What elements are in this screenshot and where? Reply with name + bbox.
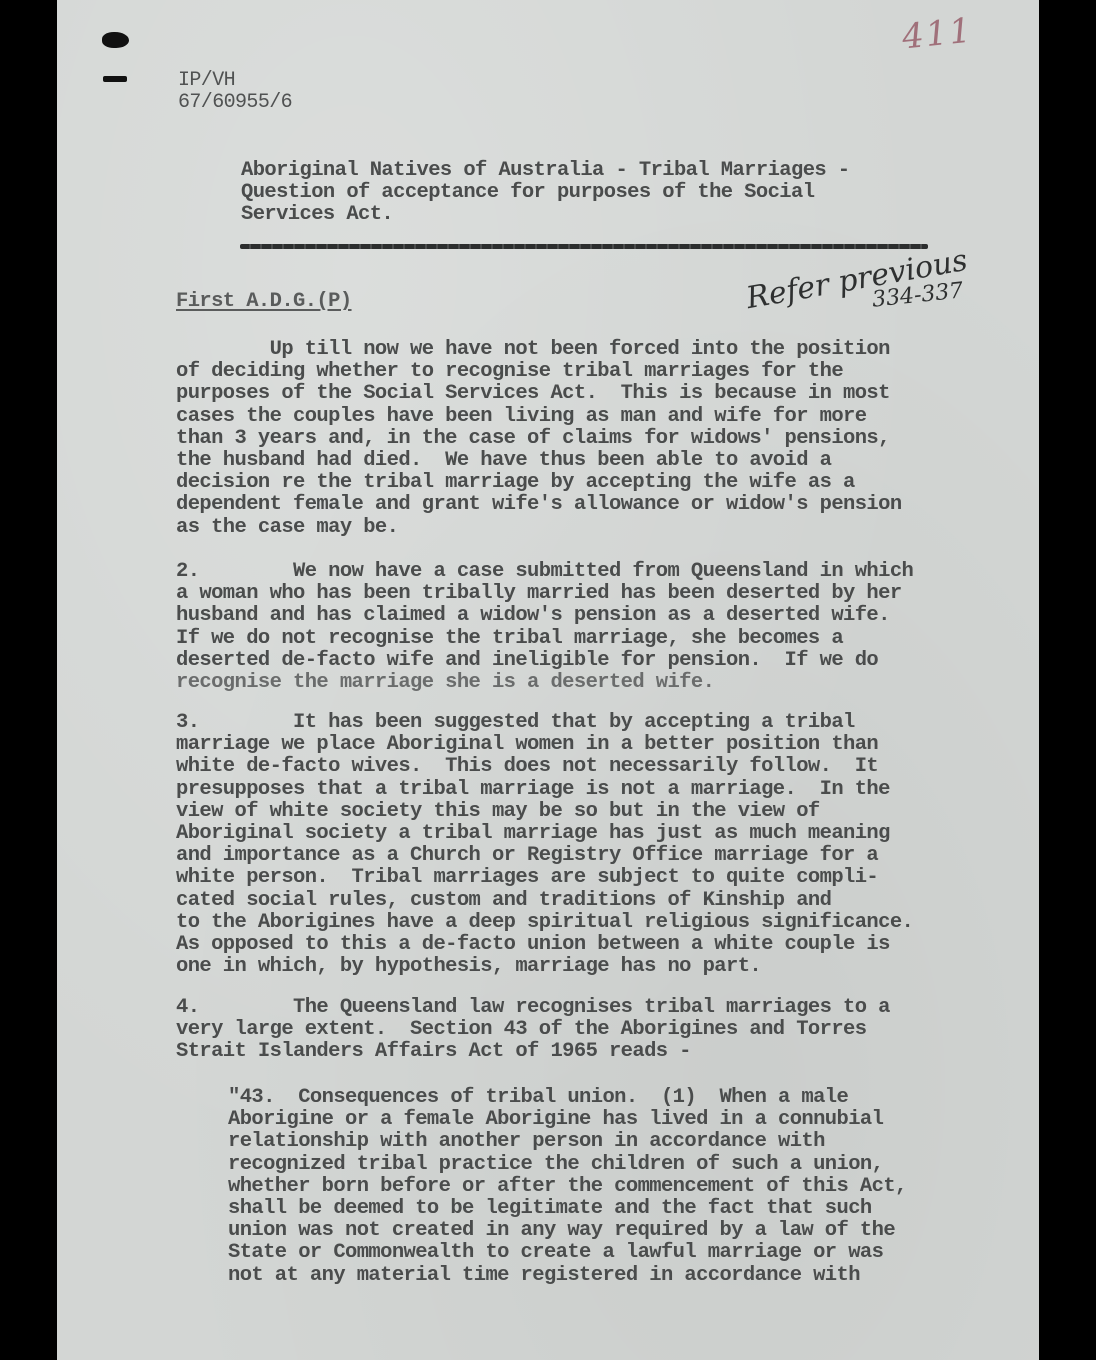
text-line: white de-facto wives. This does not nece… bbox=[176, 756, 913, 778]
document-page: 411 IP/VH67/60955/6 Aboriginal Natives o… bbox=[57, 0, 1039, 1360]
text-line: white person. Tribal marriages are subje… bbox=[176, 867, 913, 889]
text-line: than 3 years and, in the case of claims … bbox=[176, 428, 902, 450]
text-line: Aboriginal society a tribal marriage has… bbox=[176, 823, 913, 845]
text-line: marriage we place Aboriginal women in a … bbox=[176, 734, 913, 756]
text-line: purposes of the Social Services Act. Thi… bbox=[176, 383, 902, 405]
paragraph-2: 2. We now have a case submitted from Que… bbox=[176, 561, 913, 694]
text-line: recognise the marriage she is a deserted… bbox=[176, 672, 913, 694]
text-line: cases the couples have been living as ma… bbox=[176, 406, 902, 428]
punch-hole-mark bbox=[102, 32, 129, 48]
subject-line: Services Act. bbox=[241, 204, 850, 226]
text-line: one in which, by hypothesis, marriage ha… bbox=[176, 956, 913, 978]
text-line: the husband had died. We have thus been … bbox=[176, 450, 902, 472]
text-line: decision re the tribal marriage by accep… bbox=[176, 472, 902, 494]
subject-line: Aboriginal Natives of Australia - Tribal… bbox=[241, 160, 850, 182]
text-line: As opposed to this a de-facto union betw… bbox=[176, 934, 913, 956]
text-line: If we do not recognise the tribal marria… bbox=[176, 628, 913, 650]
text-line: shall be deemed to be legitimate and the… bbox=[228, 1198, 907, 1220]
text-line: relationship with another person in acco… bbox=[228, 1131, 907, 1153]
text-line: presupposes that a tribal marriage is no… bbox=[176, 779, 913, 801]
handwritten-page-number: 411 bbox=[900, 10, 975, 57]
text-line: not at any material time registered in a… bbox=[228, 1265, 907, 1287]
text-line: cated social rules, custom and tradition… bbox=[176, 890, 913, 912]
text-line: view of white society this may be so but… bbox=[176, 801, 913, 823]
subject-line: Question of acceptance for purposes of t… bbox=[241, 182, 850, 204]
text-line: dependent female and grant wife's allowa… bbox=[176, 494, 902, 516]
text-line: Aborigine or a female Aborigine has live… bbox=[228, 1109, 907, 1131]
text-line: 2. We now have a case submitted from Que… bbox=[176, 561, 913, 583]
quoted-legislation: "43. Consequences of tribal union. (1) W… bbox=[228, 1087, 907, 1287]
text-line: husband and has claimed a widow's pensio… bbox=[176, 605, 913, 627]
paragraph-4: 4. The Queensland law recognises tribal … bbox=[176, 997, 890, 1064]
text-line: of deciding whether to recognise tribal … bbox=[176, 361, 902, 383]
subject-heading: Aboriginal Natives of Australia - Tribal… bbox=[241, 160, 850, 227]
text-line: union was not created in any way require… bbox=[228, 1220, 907, 1242]
text-line: Strait Islanders Affairs Act of 1965 rea… bbox=[176, 1041, 890, 1063]
text-line: 3. It has been suggested that by accepti… bbox=[176, 712, 913, 734]
text-line: State or Commonwealth to create a lawful… bbox=[228, 1242, 907, 1264]
heading-divider bbox=[240, 244, 928, 249]
text-line: a woman who has been tribally married ha… bbox=[176, 583, 913, 605]
text-line: as the case may be. bbox=[176, 517, 902, 539]
reference-block: IP/VH67/60955/6 bbox=[178, 70, 292, 114]
text-line: to the Aborigines have a deep spiritual … bbox=[176, 912, 913, 934]
text-line: very large extent. Section 43 of the Abo… bbox=[176, 1019, 890, 1041]
text-line: whether born before or after the commenc… bbox=[228, 1176, 907, 1198]
text-line: "43. Consequences of tribal union. (1) W… bbox=[228, 1087, 907, 1109]
text-line: and importance as a Church or Registry O… bbox=[176, 845, 913, 867]
reference-line: IP/VH bbox=[178, 70, 292, 92]
text-line: 4. The Queensland law recognises tribal … bbox=[176, 997, 890, 1019]
text-line: recognized tribal practice the children … bbox=[228, 1154, 907, 1176]
paragraph-1: Up till now we have not been forced into… bbox=[176, 339, 902, 539]
paragraph-3: 3. It has been suggested that by accepti… bbox=[176, 712, 913, 978]
reference-line: 67/60955/6 bbox=[178, 92, 292, 114]
addressee: First A.D.G.(P) bbox=[176, 291, 352, 313]
text-line: deserted de-facto wife and ineligible fo… bbox=[176, 650, 913, 672]
text-line: Up till now we have not been forced into… bbox=[176, 339, 902, 361]
punch-hole-mark bbox=[103, 76, 127, 82]
